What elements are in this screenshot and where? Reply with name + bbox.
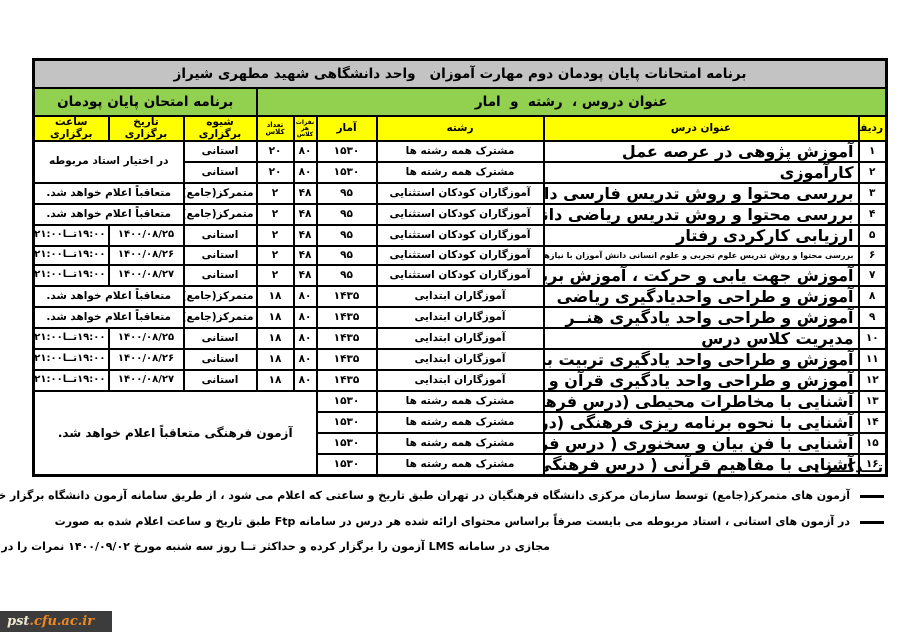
document-title: برنامه امتحانات پایان پودمان دوم مهارت آ… (33, 60, 886, 89)
cell-course-title: آموزش و طراحی واحدیادگیری ریاضی (544, 286, 859, 307)
cell-stat: ۱۵۳۰ (317, 141, 377, 162)
cell-stat: ۹۵ (317, 265, 377, 286)
table-row: ۳ بررسی محتوا و روش تدریس فارسی دانش آمو… (33, 183, 886, 204)
cell-course-title: آشنایی با مفاهیم قرآنی ( درس فرهنگی ) (544, 454, 859, 476)
cell-class-count: ۲۰ (257, 141, 294, 162)
note-text: آزمون های متمرکز(جامع) توسط سازمان مرکزی… (0, 489, 850, 502)
cell-row-number: ۶ (859, 246, 887, 265)
col-header-class-count: تعداد کلاس (257, 116, 294, 141)
cell-course-title: آموزش جهت یابی و حرکت ، آموزش بریل (544, 265, 859, 286)
cell-method: استانی (184, 370, 257, 391)
cell-method: متمرکز(جامع) (184, 204, 257, 225)
note-text: در آزمون های استانی ، استاد مربوطه می با… (55, 515, 850, 528)
col-header-stat: آمار (317, 116, 377, 141)
cell-time: ۱۹:۰۰تــا۲۱:۰۰ (33, 370, 108, 391)
cell-stat: ۱۵۳۰ (317, 433, 377, 454)
cell-major: مشترک همه رشته ها (377, 391, 544, 412)
watermark-suffix: .cfu.ac.ir (29, 614, 94, 629)
document-page: برنامه امتحانات پایان پودمان دوم مهارت آ… (0, 0, 900, 638)
cell-course-title: آشنایی با فن بیان و سخنوری ( درس فرهنگی … (544, 433, 859, 454)
cell-major: مشترک همه رشته ها (377, 433, 544, 454)
col-header-course: عنوان درس (544, 116, 859, 141)
cell-major: آموزگاران کودکان استثنایی (377, 225, 544, 246)
cell-course-title: مدیریت کلاس درس (544, 328, 859, 349)
cell-row-number: ۱۴ (859, 412, 887, 433)
exam-schedule-table: برنامه امتحانات پایان پودمان دوم مهارت آ… (32, 58, 888, 477)
cell-date: ۱۴۰۰/۰۸/۲۶ (109, 349, 184, 370)
cell-major: آموزگاران کودکان استثنایی (377, 183, 544, 204)
col-header-time: ساعت برگزاری (33, 116, 108, 141)
cell-method: استانی (184, 265, 257, 286)
table-row: ۶ بررسی محتوا و روش تدریس علوم تجربی و ع… (33, 246, 886, 265)
cell-row-number: ۱۲ (859, 370, 887, 391)
table-row: عنوان دروس ، رشته و امار برنامه امتحان پ… (33, 88, 886, 116)
table-header-row: ردیف عنوان درس رشته آمار نفرات هر کلاس ت… (33, 116, 886, 141)
cell-class-count: ۲ (257, 183, 294, 204)
cell-per-class: ۴۸ (294, 225, 317, 246)
cell-course-title: کارآموزی (544, 162, 859, 183)
cell-major: آموزگاران ابتدایی (377, 286, 544, 307)
cell-per-class: ۸۰ (294, 370, 317, 391)
cell-major: آموزگاران ابتدایی (377, 370, 544, 391)
cell-row-number: ۱ (859, 141, 887, 162)
cell-per-class: ۸۰ (294, 307, 317, 328)
cell-per-class: ۴۸ (294, 246, 317, 265)
cell-method: استانی (184, 328, 257, 349)
cell-cultural-exam-note: آزمون فرهنگی متعاقباً اعلام خواهد شد. (33, 391, 316, 476)
cell-row-number: ۱۱ (859, 349, 887, 370)
cell-date: ۱۴۰۰/۰۸/۲۵ (109, 225, 184, 246)
table-row: ۱۳ آشنایی با مخاطرات محیطی (درس فرهنگی) … (33, 391, 886, 412)
cell-major: آموزگاران کودکان استثنایی (377, 204, 544, 225)
cell-row-number: ۳ (859, 183, 887, 204)
cell-per-class: ۴۸ (294, 183, 317, 204)
cell-major: آموزگاران کودکان استثنایی (377, 246, 544, 265)
cell-per-class: ۸۰ (294, 286, 317, 307)
cell-time: ۱۹:۰۰تــا۲۱:۰۰ (33, 349, 108, 370)
col-header-date: تاریخ برگزاری (109, 116, 184, 141)
cell-per-class: ۸۰ (294, 328, 317, 349)
cell-course-title: بررسی محتوا و روش تدریس علوم تجربی و علو… (544, 246, 859, 265)
cell-class-count: ۲ (257, 246, 294, 265)
cell-method: متمرکز(جامع) (184, 183, 257, 204)
cell-class-count: ۱۸ (257, 286, 294, 307)
cell-major: مشترک همه رشته ها (377, 162, 544, 183)
dash-bullet-icon (860, 495, 884, 498)
cell-date: ۱۴۰۰/۰۸/۲۵ (109, 328, 184, 349)
cell-class-count: ۱۸ (257, 370, 294, 391)
cell-stat: ۱۴۳۵ (317, 286, 377, 307)
col-header-per-class: نفرات هر کلاس (294, 116, 317, 141)
watermark-pst-cfu: pst.cfu.ac.ir (0, 611, 112, 632)
cell-stat: ۱۵۳۰ (317, 162, 377, 183)
cell-row-number: ۱۳ (859, 391, 887, 412)
table-row: ۴ بررسی محتوا و روش تدریس ریاضی دانش آمو… (33, 204, 886, 225)
col-header-major: رشته (377, 116, 544, 141)
cell-time: ۱۹:۰۰تــا۲۱:۰۰ (33, 328, 108, 349)
cell-row-number: ۹ (859, 307, 887, 328)
cell-date: ۱۴۰۰/۰۸/۲۷ (109, 370, 184, 391)
cell-per-class: ۴۸ (294, 204, 317, 225)
cell-course-title: آشنایی با نحوه برنامه ریزی فرهنگی (درس ف… (544, 412, 859, 433)
cell-method: استانی (184, 349, 257, 370)
cell-major: آموزگاران ابتدایی (377, 307, 544, 328)
cell-method: استانی (184, 141, 257, 162)
cell-row-number: ۲ (859, 162, 887, 183)
cell-note: متعاقباً اعلام خواهد شد. (33, 286, 183, 307)
cell-method: متمرکز(جامع) (184, 286, 257, 307)
cell-course-title: آموزش و طراحی واحد یادگیری هنــر (544, 307, 859, 328)
cell-course-title: ارزیابی کارکردی رفتار (544, 225, 859, 246)
cell-class-count: ۲۰ (257, 162, 294, 183)
cell-class-count: ۱۸ (257, 349, 294, 370)
cell-row-number: ۴ (859, 204, 887, 225)
cell-stat: ۹۵ (317, 225, 377, 246)
cell-note: در اختیار استاد مربوطه (33, 141, 183, 183)
table-row: برنامه امتحانات پایان پودمان دوم مهارت آ… (33, 60, 886, 89)
note-line: آزمون های متمرکز(جامع) توسط سازمان مرکزی… (0, 489, 884, 502)
cell-major: مشترک همه رشته ها (377, 454, 544, 476)
cell-major: مشترک همه رشته ها (377, 412, 544, 433)
cell-row-number: ۸ (859, 286, 887, 307)
cell-date: ۱۴۰۰/۰۸/۲۶ (109, 246, 184, 265)
cell-class-count: ۱۸ (257, 328, 294, 349)
cell-stat: ۱۵۳۰ (317, 454, 377, 476)
cell-course-title: آموزش و طراحی واحد یادگیری تربیت بدنی (544, 349, 859, 370)
cell-major: آموزگاران کودکان استثنایی (377, 265, 544, 286)
cell-course-title: آشنایی با مخاطرات محیطی (درس فرهنگی) (544, 391, 859, 412)
cell-row-number: ۱۵ (859, 433, 887, 454)
section-header-exam-program: برنامه امتحان پایان پودمان (33, 88, 256, 116)
cell-major: مشترک همه رشته ها (377, 141, 544, 162)
watermark-prefix: pst (7, 614, 29, 629)
cell-stat: ۱۴۳۵ (317, 328, 377, 349)
cell-class-count: ۱۸ (257, 307, 294, 328)
cell-course-title: آموزش و طراحی واحد یادگیری قرآن و دینی (544, 370, 859, 391)
note-line: در آزمون های استانی ، استاد مربوطه می با… (55, 515, 884, 528)
cell-stat: ۱۵۳۰ (317, 391, 377, 412)
cell-stat: ۹۵ (317, 183, 377, 204)
cell-date: ۱۴۰۰/۰۸/۲۷ (109, 265, 184, 286)
col-header-row-number: ردیف (859, 116, 887, 141)
note-continuation: مجازی در سامانه LMS آزمون را برگزار کرده… (0, 540, 550, 553)
cell-row-number: ۵ (859, 225, 887, 246)
section-header-courses: عنوان دروس ، رشته و امار (257, 88, 887, 116)
cell-stat: ۱۴۳۵ (317, 349, 377, 370)
cell-method: استانی (184, 162, 257, 183)
cell-course-title: آموزش پژوهی در عرصه عمل (544, 141, 859, 162)
cell-note: متعاقباً اعلام خواهد شد. (33, 307, 183, 328)
cell-row-number: ۱۰ (859, 328, 887, 349)
table-row: ۷ آموزش جهت یابی و حرکت ، آموزش بریل آمو… (33, 265, 886, 286)
cell-course-title: بررسی محتوا و روش تدریس فارسی دانش آموزا… (544, 183, 859, 204)
cell-per-class: ۴۸ (294, 265, 317, 286)
cell-class-count: ۲ (257, 265, 294, 286)
table-row: ۸ آموزش و طراحی واحدیادگیری ریاضی آموزگا… (33, 286, 886, 307)
cell-stat: ۹۵ (317, 204, 377, 225)
table-row: ۵ ارزیابی کارکردی رفتار آموزگاران کودکان… (33, 225, 886, 246)
cell-class-count: ۲ (257, 204, 294, 225)
cell-row-number: ۷ (859, 265, 887, 286)
table-row: ۹ آموزش و طراحی واحد یادگیری هنــر آموزگ… (33, 307, 886, 328)
cell-per-class: ۸۰ (294, 162, 317, 183)
col-header-method: شیوه برگزاری (184, 116, 257, 141)
table-row: ۱۰ مدیریت کلاس درس آموزگاران ابتدایی ۱۴۳… (33, 328, 886, 349)
cell-class-count: ۲ (257, 225, 294, 246)
cell-major: آموزگاران ابتدایی (377, 328, 544, 349)
cell-per-class: ۸۰ (294, 349, 317, 370)
cell-major: آموزگاران ابتدایی (377, 349, 544, 370)
cell-note: متعاقباً اعلام خواهد شد. (33, 183, 183, 204)
cell-stat: ۱۴۳۵ (317, 370, 377, 391)
cell-stat: ۱۵۳۰ (317, 412, 377, 433)
cell-stat: ۹۵ (317, 246, 377, 265)
cell-stat: ۱۴۳۵ (317, 307, 377, 328)
cell-course-title: بررسی محتوا و روش تدریس ریاضی دانش آموزا… (544, 204, 859, 225)
table-row: ۱۲ آموزش و طراحی واحد یادگیری قرآن و دین… (33, 370, 886, 391)
cell-method: متمرکز(جامع) (184, 307, 257, 328)
cell-method: استانی (184, 246, 257, 265)
cell-method: استانی (184, 225, 257, 246)
dash-bullet-icon (860, 521, 884, 524)
table-row: ۱۱ آموزش و طراحی واحد یادگیری تربیت بدنی… (33, 349, 886, 370)
cell-time: ۱۹:۰۰تــا۲۱:۰۰ (33, 246, 108, 265)
cell-note: متعاقباً اعلام خواهد شد. (33, 204, 183, 225)
cell-per-class: ۸۰ (294, 141, 317, 162)
table-row: ۱ آموزش پژوهی در عرصه عمل مشترک همه رشته… (33, 141, 886, 162)
notes-heading: تـــذکـــر : (814, 460, 883, 476)
cell-time: ۱۹:۰۰تــا۲۱:۰۰ (33, 265, 108, 286)
cell-time: ۱۹:۰۰تــا۲۱:۰۰ (33, 225, 108, 246)
